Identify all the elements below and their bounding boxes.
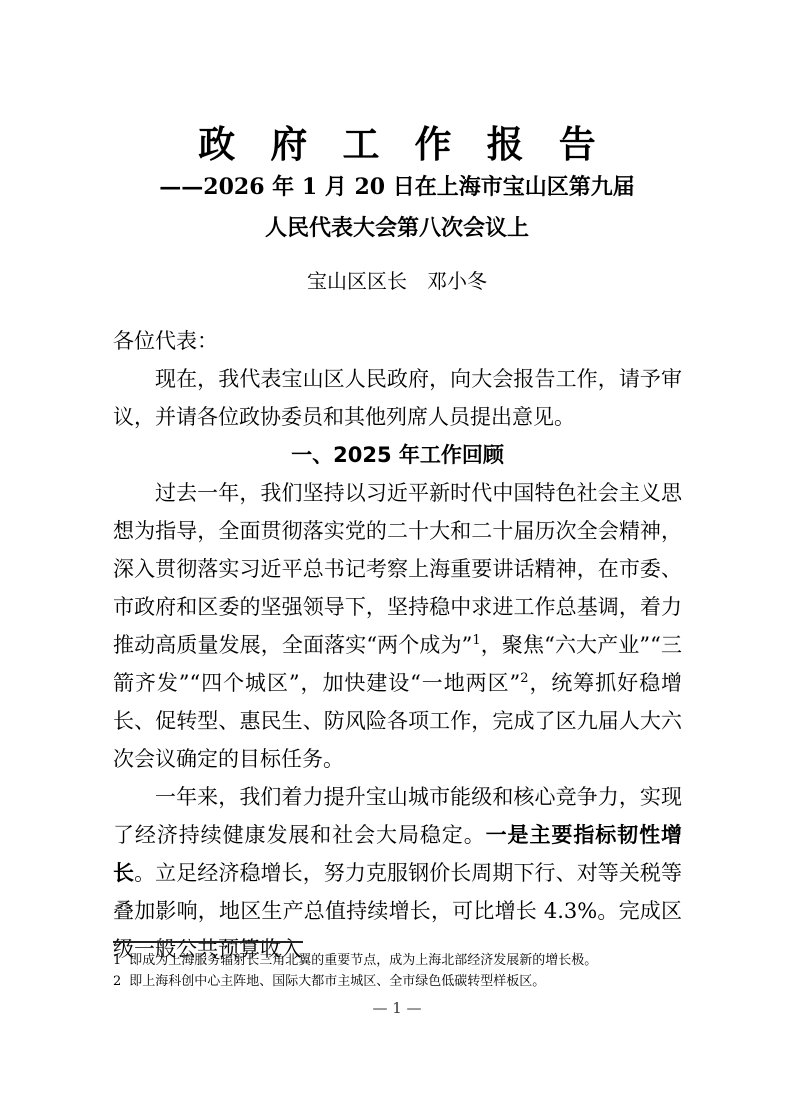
- section-1-heading: 一、2025 年工作回顾: [113, 436, 682, 474]
- footnote-separator: [113, 941, 303, 943]
- document-subtitle-line2: 人民代表大会第八次会议上: [0, 211, 794, 242]
- footnote-ref-1: 1: [472, 633, 480, 648]
- speaker-line: 宝山区区长 邓小冬: [0, 265, 794, 294]
- paragraph-2: 一年来，我们着力提升宝山城市能级和核心竞争力，实现了经济持续健康发展和社会大局稳…: [113, 778, 682, 968]
- intro-paragraph: 现在，我代表宝山区人民政府，向大会报告工作，请予审议，并请各位政协委员和其他列席…: [113, 360, 682, 436]
- document-title: 政 府 工 作 报 告: [0, 114, 794, 168]
- paragraph-1-text: 过去一年，我们坚持以习近平新时代中国特色社会主义思想为指导，全面贯彻落实党的二十…: [113, 481, 682, 657]
- salutation: 各位代表：: [113, 322, 682, 360]
- footnote-1-text: 即成为上海服务辐射长三角北翼的重要节点，成为上海北部经济发展新的增长极。: [129, 953, 597, 968]
- footnote-2-text: 即上海科创中心主阵地、国际大都市主城区、全市绿色低碳转型样板区。: [129, 974, 545, 989]
- paragraph-1: 过去一年，我们坚持以习近平新时代中国特色社会主义思想为指导，全面贯彻落实党的二十…: [113, 474, 682, 778]
- page-number: — 1 —: [0, 999, 794, 1017]
- document-subtitle-line1: ——2026 年 1 月 20 日在上海市宝山区第九届: [0, 170, 794, 201]
- footnote-block: 1即成为上海服务辐射长三角北翼的重要节点，成为上海北部经济发展新的增长极。 2即…: [113, 941, 682, 992]
- document-body: 各位代表： 现在，我代表宝山区人民政府，向大会报告工作，请予审议，并请各位政协委…: [113, 322, 682, 968]
- footnote-2-number: 2: [113, 974, 121, 989]
- document-page: 政 府 工 作 报 告 ——2026 年 1 月 20 日在上海市宝山区第九届 …: [0, 0, 794, 1093]
- footnote-1: 1即成为上海服务辐射长三角北翼的重要节点，成为上海北部经济发展新的增长极。: [113, 950, 682, 971]
- footnote-2: 2即上海科创中心主阵地、国际大都市主城区、全市绿色低碳转型样板区。: [113, 971, 682, 992]
- footnote-1-number: 1: [113, 953, 121, 968]
- footnote-ref-2: 2: [520, 671, 528, 686]
